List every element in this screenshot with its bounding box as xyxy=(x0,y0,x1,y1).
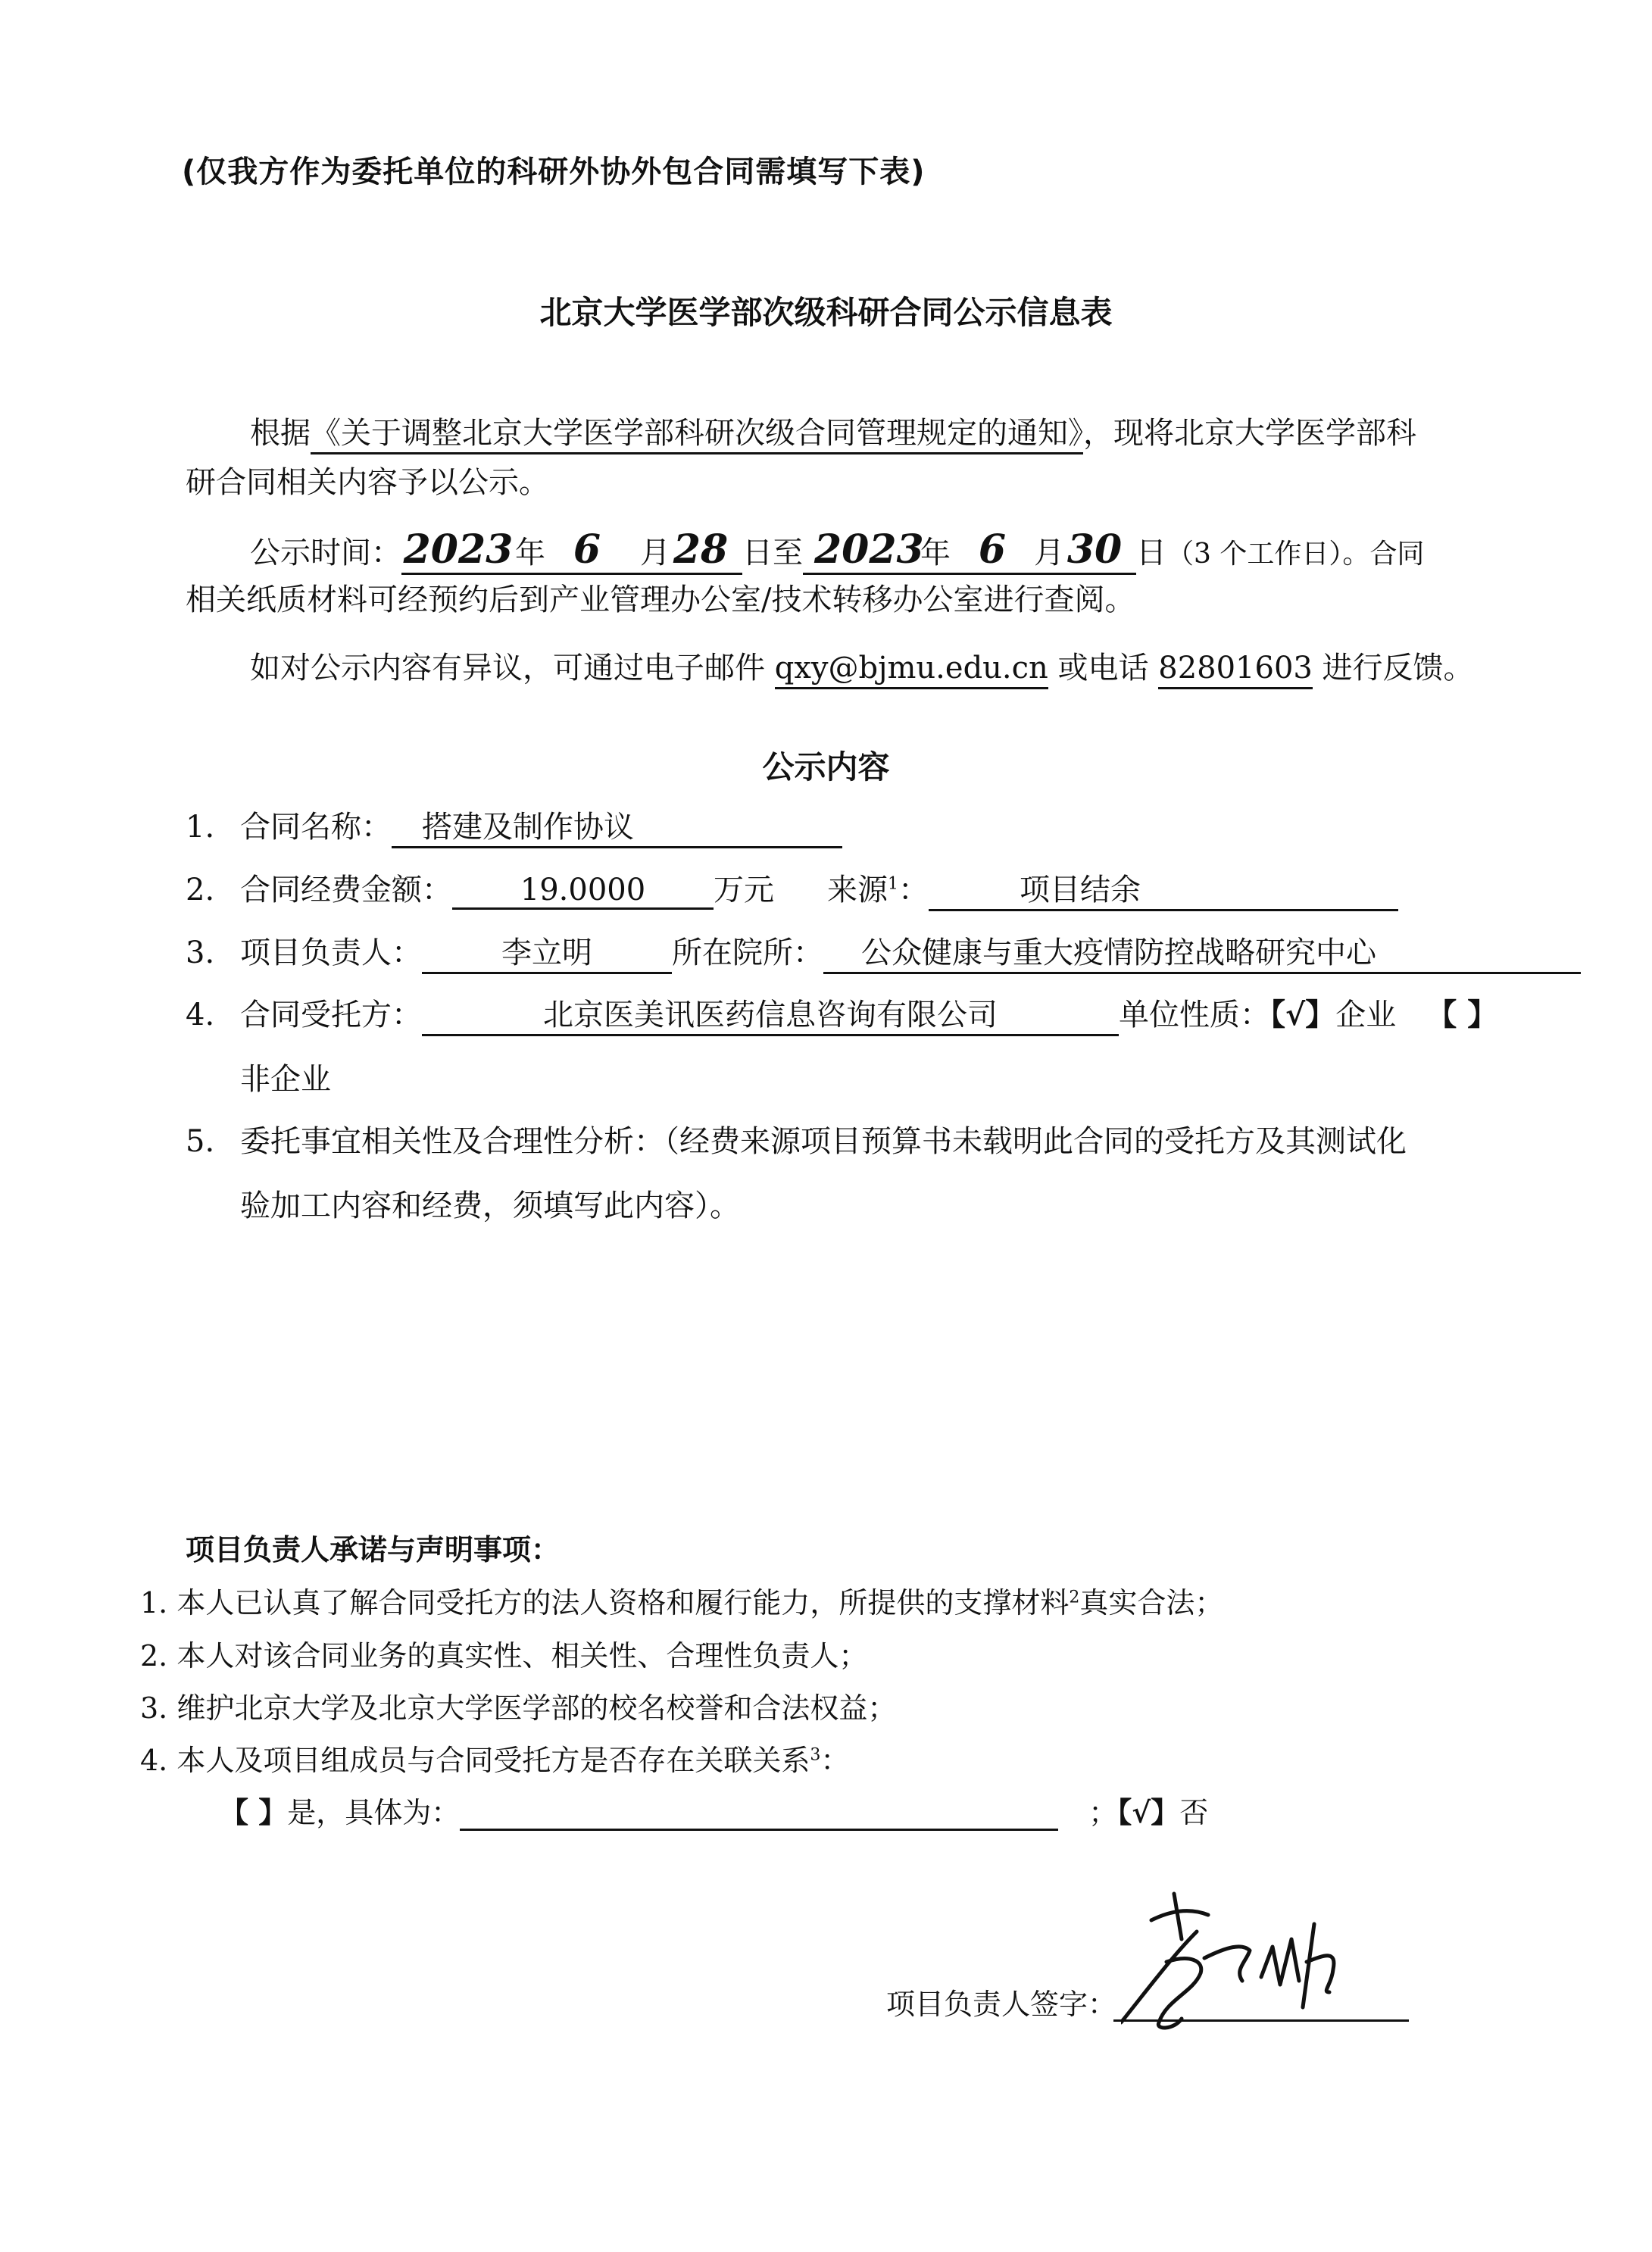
start-year-value: 2023 xyxy=(401,526,515,573)
declaration-4-text: 4. 本人及项目组成员与合同受托方是否存在关联关系 xyxy=(140,1744,810,1777)
item-contract-name: 1.合同名称：搭建及制作协议 xyxy=(186,803,842,848)
relation-yes-checkbox[interactable]: 【 】 xyxy=(220,1795,287,1829)
leader-label: 项目负责人： xyxy=(240,935,422,970)
declaration-1-tail: 真实合法； xyxy=(1079,1586,1223,1620)
item-number: 1. xyxy=(186,810,230,845)
declarations-heading: 项目负责人承诺与声明事项： xyxy=(186,1526,560,1568)
relation-yes-label: 是，具体为： xyxy=(287,1796,460,1829)
relation-options: 【 】是，具体为：；【√】否 xyxy=(220,1789,1208,1831)
relation-detail-field[interactable] xyxy=(460,1798,1058,1831)
relation-no-label: 否 xyxy=(1179,1796,1208,1829)
source-label: 来源 xyxy=(827,873,888,907)
start-day-field[interactable]: 月28 xyxy=(629,526,742,575)
notice-title-link: 《关于调整北京大学医学部科研次级合同管理规定的通知》 xyxy=(311,416,1083,454)
intro-line-1: 根据《关于调整北京大学医学部科研次级合同管理规定的通知》，现将北京大学医学部科 xyxy=(250,409,1416,452)
period-line-2: 相关纸质材料可经预约后到产业管理办公室/技术转移办公室进行查阅。 xyxy=(186,576,1135,619)
non-enterprise-checkbox[interactable]: 【 】 xyxy=(1426,997,1497,1032)
analysis-hint-2: 验加工内容和经费，须填写此内容）。 xyxy=(240,1182,740,1225)
declaration-2: 2. 本人对该合同业务的真实性、相关性、合理性负责人； xyxy=(140,1632,867,1674)
contact-prefix: 如对公示内容有异议，可通过电子邮件 xyxy=(250,651,775,686)
item-number: 3. xyxy=(186,935,230,970)
period-label: 公示时间： xyxy=(250,536,401,570)
footnote-2: 2 xyxy=(1069,1588,1079,1607)
relation-separator: ； xyxy=(1088,1796,1117,1829)
item-project-leader: 3.项目负责人：李立明所在院所：公众健康与重大疫情防控战略研究中心 xyxy=(186,929,1581,974)
contact-line: 如对公示内容有异议，可通过电子邮件 qxy@bjmu.edu.cn 或电话 82… xyxy=(250,644,1474,687)
footnote-3: 3 xyxy=(810,1745,820,1764)
analysis-label: 委托事宜相关性及合理性分析： xyxy=(240,1124,664,1159)
item-contractee: 4.合同受托方：北京医美讯医药信息咨询有限公司单位性质：【√】企业【 】 xyxy=(186,991,1497,1036)
month-unit: 月 xyxy=(640,536,670,570)
nature-label: 单位性质： xyxy=(1119,998,1270,1032)
declaration-3: 3. 维护北京大学及北京大学医学部的校名校誉和合法权益； xyxy=(140,1685,896,1726)
end-day-value: 30 xyxy=(1064,526,1125,573)
declaration-4: 4. 本人及项目组成员与合同受托方是否存在关联关系3： xyxy=(140,1737,849,1779)
section-title: 公示内容 xyxy=(0,742,1652,788)
day-to-label: 日至 xyxy=(742,536,803,570)
item-contract-amount: 2.合同经费金额：19.0000万元来源1：项目结余 xyxy=(186,866,1398,911)
contractee-label: 合同受托方： xyxy=(240,998,422,1032)
contractee-field[interactable]: 北京医美讯医药信息咨询有限公司 xyxy=(422,991,1119,1036)
end-year-unit: 年 xyxy=(920,536,951,570)
contact-suffix: 进行反馈。 xyxy=(1313,651,1474,686)
period-line: 公示时间：2023年6月28日至2023年6月30日（3 个工作日）。合同 xyxy=(250,526,1424,575)
contract-name-label: 合同名称： xyxy=(240,810,392,845)
workdays-note: （3 个工作日）。合同 xyxy=(1166,539,1424,570)
page-title: 北京大学医学部次级科研合同公示信息表 xyxy=(0,288,1652,333)
end-month-value: 6 xyxy=(951,526,1034,573)
end-day-unit: 日 xyxy=(1136,536,1166,570)
source-field[interactable]: 项目结余 xyxy=(929,866,1398,911)
institute-label: 所在院所： xyxy=(672,935,823,970)
signature-icon xyxy=(1121,1879,1409,2030)
contact-middle: 或电话 xyxy=(1048,651,1158,686)
amount-field[interactable]: 19.0000 xyxy=(452,873,714,910)
amount-label: 合同经费金额： xyxy=(240,873,452,907)
year-unit: 年 xyxy=(515,536,545,570)
source-colon: ： xyxy=(898,873,929,907)
item-relevance-analysis: 5.委托事宜相关性及合理性分析：（经费来源项目预算书未载明此合同的受托方及其测试… xyxy=(186,1117,1407,1160)
contact-email-link[interactable]: qxy@bjmu.edu.cn xyxy=(775,651,1048,689)
leader-field[interactable]: 李立明 xyxy=(422,929,672,974)
applicability-note: (仅我方作为委托单位的科研外协外包合同需填写下表) xyxy=(182,148,926,191)
handwritten-signature: 李立明 xyxy=(1121,1879,1409,2033)
start-month-value: 6 xyxy=(545,526,629,573)
relation-no-checkbox[interactable]: 【√】 xyxy=(1117,1795,1179,1829)
enterprise-checkbox[interactable]: 【√】 xyxy=(1270,997,1335,1032)
signature-label: 项目负责人签字： xyxy=(886,1981,1116,2022)
contact-phone[interactable]: 82801603 xyxy=(1158,651,1313,689)
contract-name-field[interactable]: 搭建及制作协议 xyxy=(392,803,842,848)
declaration-4-tail: ： xyxy=(820,1744,849,1777)
non-enterprise-label: 非企业 xyxy=(240,1055,331,1098)
analysis-answer-area[interactable] xyxy=(240,1242,1528,1492)
end-month-unit: 月 xyxy=(1034,536,1064,570)
analysis-hint-1: （经费来源项目预算书未载明此合同的受托方及其测试化 xyxy=(664,1124,1407,1159)
item-number: 5. xyxy=(186,1124,230,1159)
item-number: 2. xyxy=(186,873,230,907)
intro-prefix: 根据 xyxy=(250,416,311,451)
end-date-field[interactable]: 2023年6月30 xyxy=(803,526,1136,575)
intro-suffix: ，现将北京大学医学部科 xyxy=(1083,416,1416,451)
end-year-value: 2023 xyxy=(814,526,920,573)
enterprise-label: 企业 xyxy=(1335,998,1396,1032)
footnote-1: 1 xyxy=(888,875,898,894)
amount-unit: 万元 xyxy=(714,873,774,907)
intro-line-2: 研合同相关内容予以公示。 xyxy=(186,458,549,501)
start-date-field[interactable]: 2023年6 xyxy=(401,526,629,575)
item-number: 4. xyxy=(186,998,230,1032)
start-day-value: 28 xyxy=(670,526,731,573)
declaration-1: 1. 本人已认真了解合同受托方的法人资格和履行能力，所提供的支撑材料2真实合法； xyxy=(140,1579,1223,1621)
institute-field[interactable]: 公众健康与重大疫情防控战略研究中心 xyxy=(823,929,1581,974)
declaration-1-text: 1. 本人已认真了解合同受托方的法人资格和履行能力，所提供的支撑材料 xyxy=(140,1586,1069,1620)
